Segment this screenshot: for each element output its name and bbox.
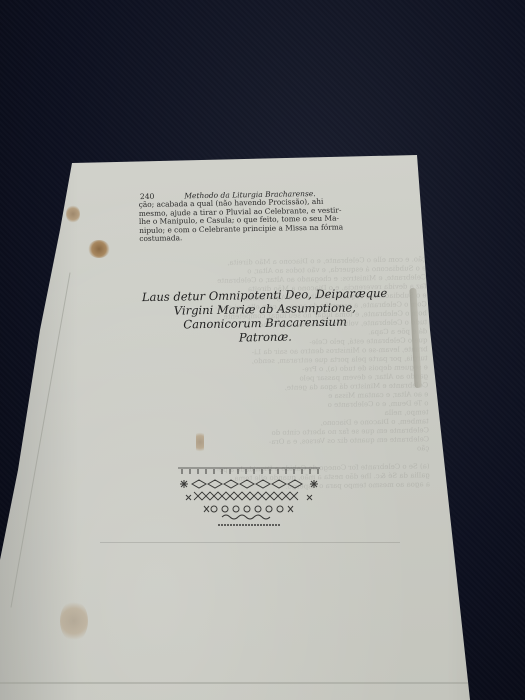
footnote-rule [100,542,400,543]
closing-motto: Laus detur Omnipotenti Deo, Deiparæque V… [105,285,426,347]
foxing-stain [60,600,88,642]
foxing-stain [66,205,80,223]
vignette-ornament-icon [176,465,322,527]
foxing-stain [88,240,110,258]
body-paragraph: ção; acabada a qual (não havendo Prociss… [139,197,372,244]
foxing-stain [196,430,204,454]
deckle-edge-line [0,682,470,684]
